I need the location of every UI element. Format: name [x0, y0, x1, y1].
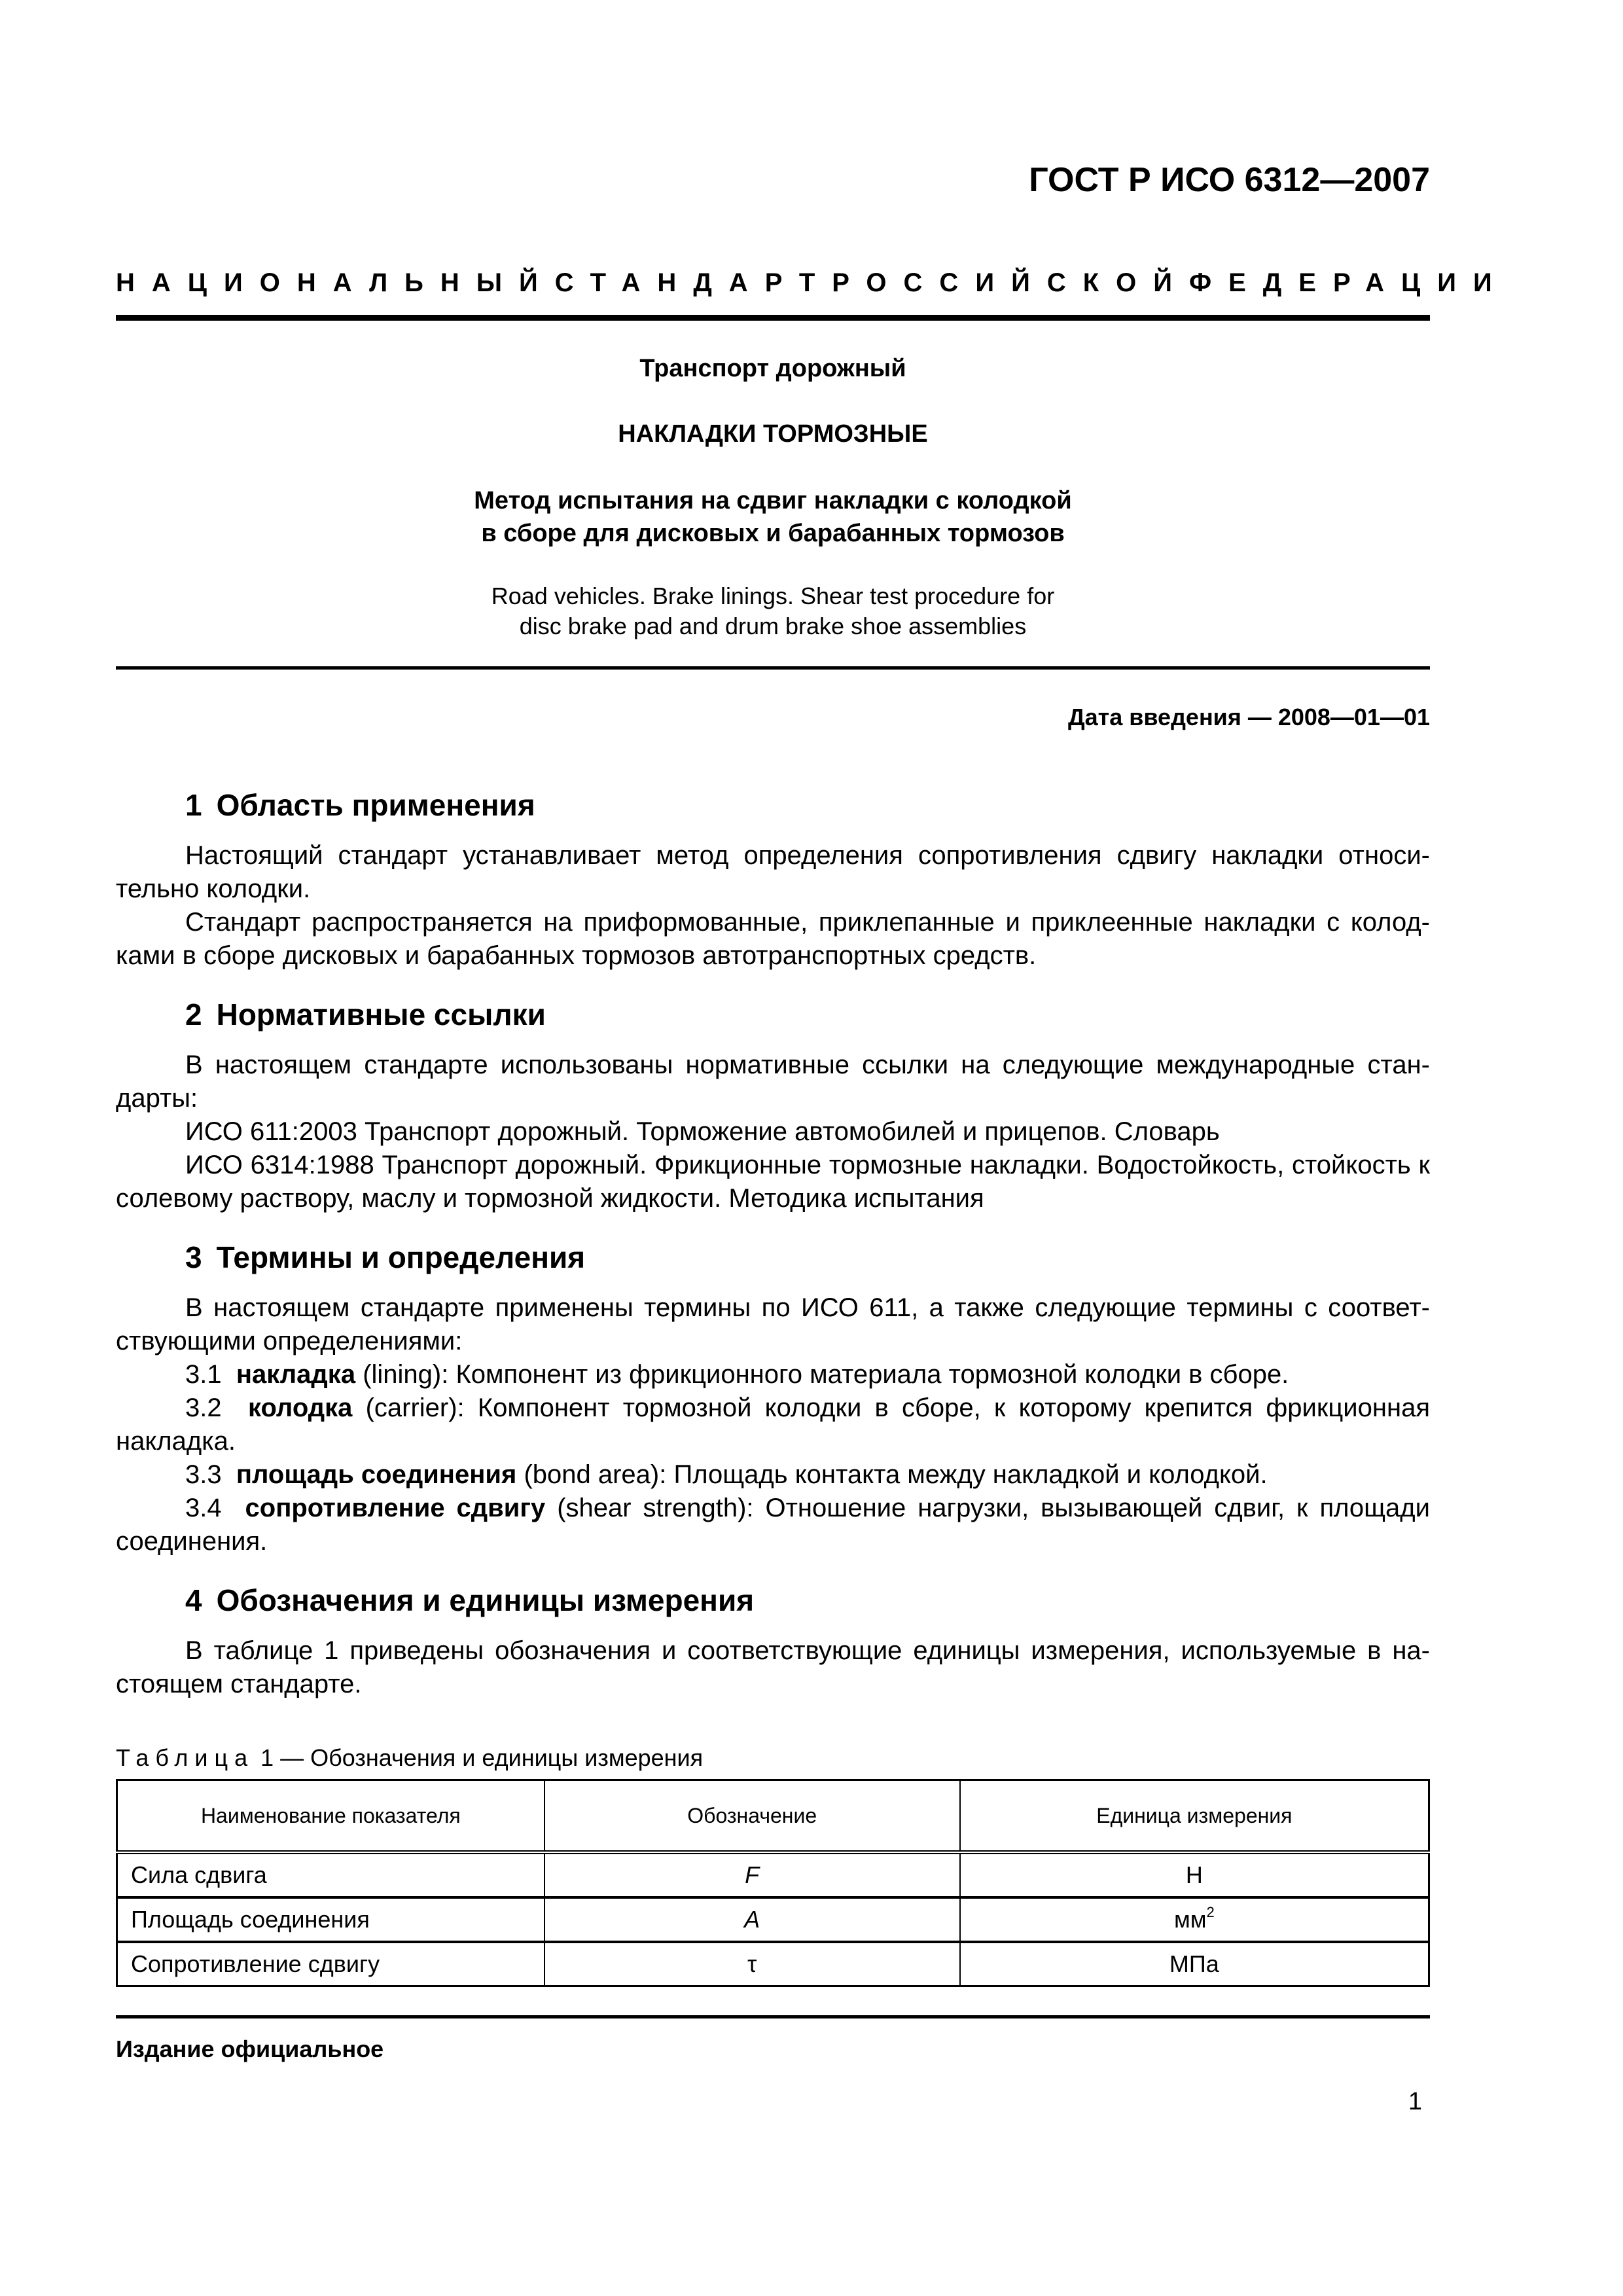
table-row: Сопротивление сдвигу τ МПа: [117, 1942, 1429, 1986]
paragraph: В настоящем стандарте использованы норма…: [116, 1049, 1430, 1115]
table-row: Сила сдвига F Н: [117, 1852, 1429, 1897]
column-header: Наименование показателя: [117, 1780, 544, 1853]
page-number: 1: [1408, 2088, 1422, 2116]
title-category: Транспорт дорожный: [116, 355, 1430, 383]
title-rule: [116, 666, 1430, 670]
section-heading: 2Нормативные ссылки: [185, 995, 1430, 1034]
header-rule: [116, 315, 1430, 321]
title-english-line: disc brake pad and drum brake shoe assem…: [116, 611, 1430, 641]
banner-word: СТАНДАРТ: [555, 268, 832, 298]
banner-word: РОССИЙСКОЙ: [832, 268, 1189, 298]
title-method: Метод испытания на сдвиг накладки с коло…: [116, 484, 1430, 550]
section-symbols-units: 4Обозначения и единицы измерения В табли…: [116, 1581, 1430, 1701]
official-edition-label: Издание официальное: [116, 2036, 383, 2063]
term-definition: 3.2 колодка (carrier): Компонент тормозн…: [116, 1391, 1430, 1458]
paragraph: В настоящем стандарте применены термины …: [116, 1291, 1430, 1358]
section-heading: 4Обозначения и единицы измерения: [185, 1581, 1430, 1620]
title-english-line: Road vehicles. Brake linings. Shear test…: [116, 581, 1430, 611]
title-method-line: в сборе для дисковых и барабанных тормоз…: [116, 517, 1430, 550]
cell-unit: мм2: [960, 1897, 1429, 1942]
banner-word: ФЕДЕРАЦИИ: [1189, 268, 1509, 298]
term-definition: 3.1 накладка (lining): Компонент из фрик…: [116, 1358, 1430, 1391]
cell-name: Сила сдвига: [117, 1852, 544, 1897]
title-method-line: Метод испытания на сдвиг накладки с коло…: [116, 484, 1430, 517]
cell-symbol: A: [544, 1897, 960, 1942]
document-body: 1Область применения Настоящий стандарт у…: [116, 785, 1430, 1723]
table-row: Площадь соединения A мм2: [117, 1897, 1429, 1942]
national-standard-banner: НАЦИОНАЛЬНЫЙ СТАНДАРТ РОССИЙСКОЙ ФЕДЕРАЦ…: [116, 268, 1430, 298]
symbols-units-table: Наименование показателя Обозначение Един…: [116, 1779, 1430, 1987]
table-caption: Таблица 1 — Обозначения и единицы измере…: [116, 1744, 703, 1772]
paragraph: Настоящий стандарт устанавливает метод о…: [116, 839, 1430, 906]
cell-symbol: τ: [544, 1942, 960, 1986]
footer-rule: [116, 2015, 1430, 2018]
cell-symbol: F: [544, 1852, 960, 1897]
reference-item: ИСО 611:2003 Транспорт дорожный. Торможе…: [116, 1115, 1430, 1149]
cell-name: Сопротивление сдвигу: [117, 1942, 544, 1986]
paragraph: Стандарт распространяется на приформован…: [116, 906, 1430, 973]
title-name: НАКЛАДКИ ТОРМОЗНЫЕ: [116, 420, 1430, 448]
section-heading: 1Область применения: [185, 785, 1430, 825]
cell-name: Площадь соединения: [117, 1897, 544, 1942]
cell-unit: МПа: [960, 1942, 1429, 1986]
term-definition: 3.3 площадь соединения (bond area): Площ…: [116, 1458, 1430, 1492]
term-definition: 3.4 сопротивление сдвигу (shear strength…: [116, 1492, 1430, 1558]
column-header: Обозначение: [544, 1780, 960, 1853]
section-scope: 1Область применения Настоящий стандарт у…: [116, 785, 1430, 973]
cell-unit: Н: [960, 1852, 1429, 1897]
banner-word: НАЦИОНАЛЬНЫЙ: [116, 268, 555, 298]
introduction-date: Дата введения — 2008—01—01: [1068, 704, 1430, 731]
section-heading: 3Термины и определения: [185, 1238, 1430, 1277]
reference-item: ИСО 6314:1988 Транспорт дорожный. Фрикци…: [116, 1149, 1430, 1215]
section-normative-references: 2Нормативные ссылки В настоящем стандарт…: [116, 995, 1430, 1215]
column-header: Единица измерения: [960, 1780, 1429, 1853]
document-page: ГОСТ Р ИСО 6312—2007 НАЦИОНАЛЬНЫЙ СТАНДА…: [116, 0, 1430, 2296]
table-header-row: Наименование показателя Обозначение Един…: [117, 1780, 1429, 1853]
paragraph: В таблице 1 приведены обозначения и соот…: [116, 1634, 1430, 1701]
document-code: ГОСТ Р ИСО 6312—2007: [1029, 160, 1430, 200]
section-terms-definitions: 3Термины и определения В настоящем станд…: [116, 1238, 1430, 1558]
title-english: Road vehicles. Brake linings. Shear test…: [116, 581, 1430, 641]
